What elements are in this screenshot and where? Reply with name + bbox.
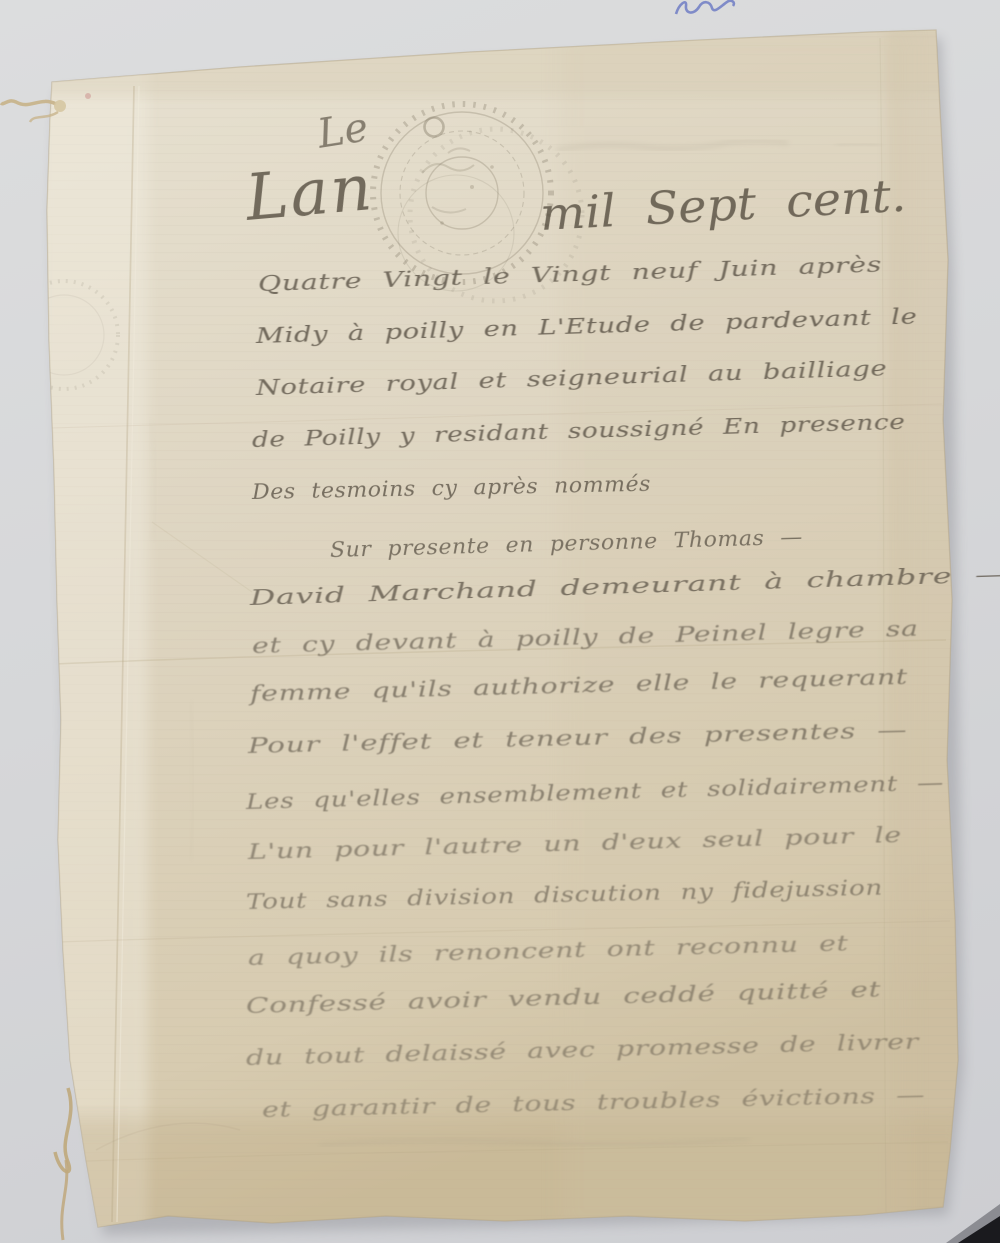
manuscript-photo <box>0 0 1000 1243</box>
paper-texture-group <box>10 20 972 1243</box>
blue-pen-scribble <box>676 1 734 14</box>
pink-speck <box>85 93 91 99</box>
center-shading <box>560 28 910 1233</box>
photo-frame: Le Lan mil Sept cent. Quatre Vingt le Vi… <box>0 0 1000 1243</box>
binding-thread-bottom <box>55 1088 71 1240</box>
